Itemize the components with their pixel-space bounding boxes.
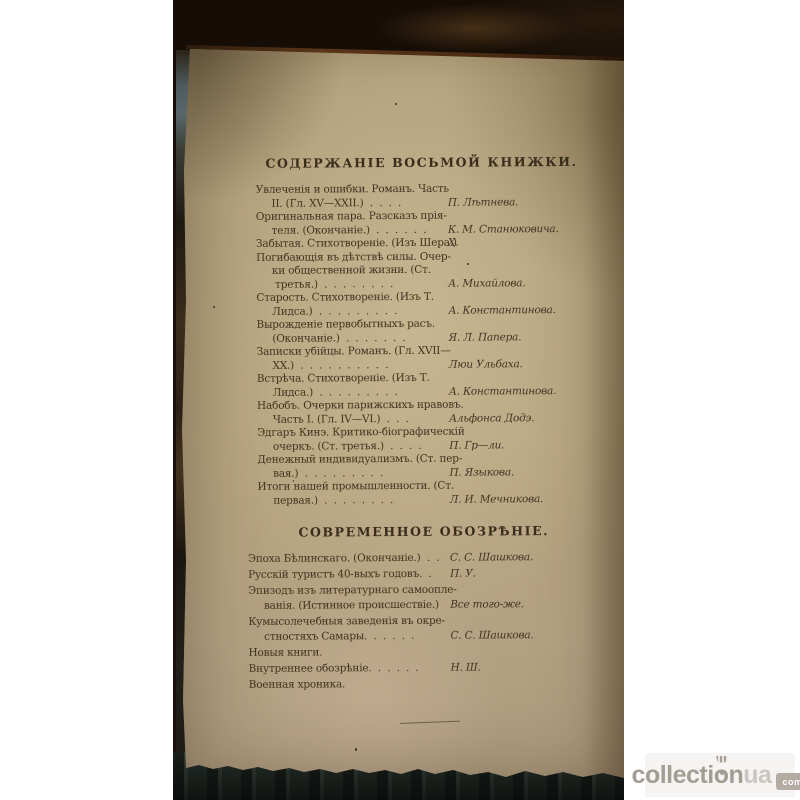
toc-entry: Эпоха Бѣлинскаго. (Окончаніе.) . . С. С.…	[248, 550, 603, 567]
entry-title: Новыя книги.	[248, 645, 450, 661]
entry-title: Набобъ. Очерки парижскихъ нравовъ. Часть…	[257, 399, 449, 427]
entry-title: Старость. Стихотвореніе. (Изъ Т. Лидса.)…	[256, 291, 448, 319]
entry-author: П. Языкова.	[449, 466, 514, 480]
entry-author: С. С. Шашкова.	[450, 628, 533, 644]
entry-title: Эпоха Бѣлинскаго. (Окончаніе.) . .	[248, 551, 450, 567]
dust-speck	[355, 748, 357, 751]
watermark-text-n: n	[728, 761, 743, 790]
entry-title: Эдгаръ Кинэ. Критико-біографическій очер…	[257, 426, 449, 454]
toc-entry: Встрѣча. Стихотвореніе. (Изъ Т. Лидса.) …	[257, 371, 602, 400]
entry-title: Погибающія въ дѣтствѣ силы. Очер- ки общ…	[256, 250, 448, 292]
dust-speck	[213, 306, 215, 308]
entry-title: Забытая. Стихотвореніе. (Изъ Шера.)	[256, 237, 448, 252]
entry-author: Все того-же.	[450, 597, 524, 612]
toc-entry: Эдгаръ Кинэ. Критико-біографическій очер…	[257, 425, 602, 454]
entry-title: Записки убійцы. Романъ. (Гл. XVII— XX.) …	[257, 345, 449, 373]
toc-entry: Итоги нашей промышленности. (Ст. первая.…	[257, 479, 602, 508]
medal-o-icon: o	[714, 761, 729, 790]
toc-entry: Русскій туристъ 40-выхъ годовъ. . П. У.	[248, 566, 603, 583]
entry-title: Внутреннее обозрѣніе. . . . . .	[249, 661, 451, 677]
entry-author: X.	[448, 237, 459, 251]
entry-title: Встрѣча. Стихотвореніе. (Изъ Т. Лидса.) …	[257, 372, 449, 400]
entry-author: А. Константинова.	[449, 385, 556, 399]
footer-divider-rule	[400, 721, 460, 724]
entry-title: Увлеченія и ошибки. Романъ. Часть II. (Г…	[256, 183, 448, 211]
entry-author: Альфонса Додэ.	[449, 412, 534, 426]
entry-title: Денежный индивидуализмъ. (Ст. пер- вая.)…	[257, 453, 449, 481]
toc-entry: Старость. Стихотвореніе. (Изъ Т. Лидса.)…	[256, 290, 601, 319]
toc-entry: Внутреннее обозрѣніе. . . . . . Н. Ш.	[249, 660, 604, 677]
table-of-contents-main: Увлеченія и ошибки. Романъ. Часть II. (Г…	[256, 182, 603, 508]
page-content: СОДЕРЖАНІЕ ВОСЬМОЙ КНИЖКИ. Увлеченія и о…	[173, 0, 624, 800]
entry-author: Люи Ульбаха.	[449, 358, 523, 372]
entry-title: Эпизодъ изъ литературнаго самоопле- вані…	[248, 583, 450, 614]
entry-title: Русскій туристъ 40-выхъ годовъ. .	[248, 567, 450, 583]
book-photo: СОДЕРЖАНІЕ ВОСЬМОЙ КНИЖКИ. Увлеченія и о…	[173, 0, 624, 800]
entry-author: С. С. Шашкова.	[450, 550, 533, 566]
collection-ua-watermark: collectionua com	[645, 753, 795, 797]
com-badge-label: com	[782, 777, 800, 787]
table-of-contents-review: Эпоха Бѣлинскаго. (Окончаніе.) . . С. С.…	[248, 550, 604, 694]
toc-entry: Вырожденіе первобытныхъ расъ. (Окончаніе…	[257, 317, 602, 346]
dust-speck	[395, 103, 397, 105]
medal-pin-icon	[720, 771, 724, 775]
entry-author: А. Михайлова.	[448, 277, 525, 291]
entry-author: Л. И. Мечникова.	[450, 493, 544, 507]
entry-author: П. Гр—ли.	[449, 439, 504, 453]
watermark-wordmark: collectionua com	[632, 761, 800, 790]
com-badge: com	[776, 773, 800, 790]
entry-author: Н. Ш.	[451, 661, 481, 676]
watermark-text-ua: ua	[743, 761, 771, 790]
toc-entry: Эпизодъ изъ литературнаго самоопле- вані…	[248, 582, 603, 614]
entry-title: Оригинальная пара. Разсказъ прія- теля. …	[256, 210, 448, 238]
entry-author: А. Константинова.	[448, 304, 555, 318]
watermark-text-main: collecti	[632, 761, 714, 790]
toc-entry: Новыя книги.	[248, 644, 603, 661]
toc-entry: Денежный индивидуализмъ. (Ст. пер- вая.)…	[257, 452, 602, 481]
entry-author: Я. Л. Папера.	[449, 331, 522, 345]
toc-entry: Увлеченія и ошибки. Романъ. Часть II. (Г…	[256, 182, 601, 211]
dust-speck	[467, 263, 469, 265]
entry-author: К. М. Станюковича.	[448, 223, 559, 237]
toc-entry: Кумысолечебныя заведенія въ окре- стност…	[248, 613, 603, 645]
watermark-text-o: o	[714, 761, 729, 789]
entry-title: Военная хроника.	[249, 677, 451, 693]
toc-entry: Записки убійцы. Романъ. (Гл. XVII— XX.) …	[257, 344, 602, 373]
entry-title: Итоги нашей промышленности. (Ст. первая.…	[257, 480, 449, 508]
section-title-contemporary-review: СОВРЕМЕННОЕ ОБОЗРѢНІЕ.	[234, 523, 614, 540]
page-title: СОДЕРЖАНІЕ ВОСЬМОЙ КНИЖКИ.	[232, 154, 612, 171]
entry-title: Кумысолечебныя заведенія въ окре- стност…	[248, 614, 450, 645]
dust-speck	[293, 480, 294, 482]
entry-author: П. Лѣтнева.	[448, 196, 519, 210]
toc-entry: Военная хроника.	[249, 676, 604, 693]
entry-title: Вырожденіе первобытныхъ расъ. (Окончаніе…	[257, 318, 449, 346]
entry-author: П. У.	[450, 567, 476, 582]
toc-entry: Погибающія въ дѣтствѣ силы. Очер- ки общ…	[256, 249, 601, 292]
toc-entry: Оригинальная пара. Разсказъ прія- теля. …	[256, 209, 601, 238]
toc-entry: Набобъ. Очерки парижскихъ нравовъ. Часть…	[257, 398, 602, 427]
